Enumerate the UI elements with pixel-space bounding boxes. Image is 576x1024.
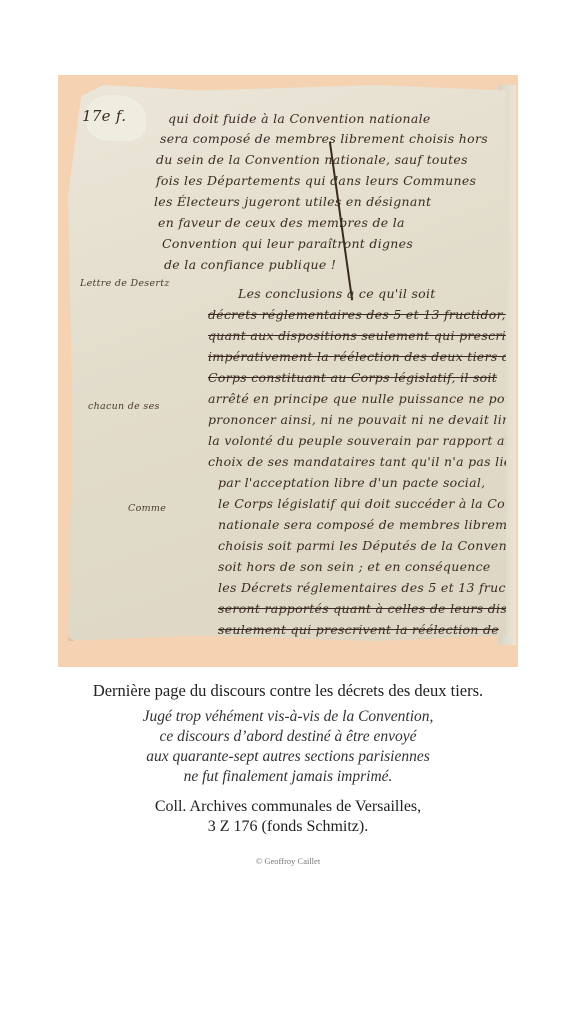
handwritten-line: prononcer ainsi, ni ne pouvait ni ne dev… xyxy=(208,412,518,427)
margin-note: Comme xyxy=(128,503,166,514)
handwritten-line: les Décrets réglementaires des 5 et 13 f… xyxy=(218,580,518,595)
handwritten-line: impérativement la réélection des deux ti… xyxy=(208,349,518,364)
handwritten-line: arrêté en principe que nulle puissance n… xyxy=(208,391,518,406)
handwritten-line: en faveur de ceux des membres de la xyxy=(158,215,405,230)
caption-title: Dernière page du discours contre les déc… xyxy=(0,681,576,701)
collection-line: 3 Z 176 (fonds Schmitz). xyxy=(0,817,576,837)
margin-note: Lettre de Desertz xyxy=(80,278,170,289)
handwritten-line: sera composé de membres librement choisi… xyxy=(160,131,488,146)
handwritten-line: choisis soit parmi les Députés de la Con… xyxy=(218,538,518,553)
page-number: 17e f. xyxy=(82,107,126,125)
handwritten-line: décrets réglementaires des 5 et 13 fruct… xyxy=(208,307,506,322)
manuscript-photo: 17e f. Lettre de Desertz chacun de ses C… xyxy=(58,75,518,667)
margin-note: chacun de ses xyxy=(88,401,160,412)
handwritten-line: le Corps législatif qui doit succéder à … xyxy=(218,496,518,511)
handwritten-line: quant aux dispositions seulement qui pre… xyxy=(208,328,518,343)
handwritten-line: fois les Départements qui dans leurs Com… xyxy=(156,173,476,188)
handwritten-line: soit hors de son sein ; et en conséquenc… xyxy=(218,559,491,574)
photo-credit: © Geoffroy Caillet xyxy=(0,856,576,866)
handwritten-line: seront rapportés quant à celles de leurs… xyxy=(218,601,518,616)
handwritten-line: choix de ses mandataires tant qu'il n'a … xyxy=(208,454,511,469)
handwritten-line: les Électeurs jugeront utiles en désigna… xyxy=(154,194,431,209)
handwritten-line: nationale sera composé de membres librem… xyxy=(218,517,518,532)
caption-line: aux quarante-sept autres sections parisi… xyxy=(0,747,576,767)
handwritten-line: de la confiance publique ! xyxy=(164,257,336,272)
manuscript-page: 17e f. Lettre de Desertz chacun de ses C… xyxy=(68,85,506,641)
handwritten-line: par l'acceptation libre d'un pacte socia… xyxy=(218,475,485,490)
handwritten-line: Corps constituant au Corps législatif, i… xyxy=(208,370,497,385)
caption-line: Jugé trop véhément vis-à-vis de la Conve… xyxy=(0,707,576,727)
handwritten-line: qui doit fuide à la Convention nationale xyxy=(168,111,431,126)
caption-line: ne fut finalement jamais imprimé. xyxy=(0,767,576,787)
handwritten-line: seulement qui prescrivent la réélection … xyxy=(218,622,499,637)
caption-line: ce discours d’abord destiné à être envoy… xyxy=(0,727,576,747)
caption-description: Jugé trop véhément vis-à-vis de la Conve… xyxy=(0,707,576,787)
handwritten-line: la volonté du peuple souverain par rappo… xyxy=(208,433,513,448)
handwritten-line: du sein de la Convention nationale, sauf… xyxy=(156,152,468,167)
handwritten-line: Les conclusions à ce qu'il soit xyxy=(238,286,436,301)
handwritten-line: Convention qui leur paraîtront dignes xyxy=(162,236,413,251)
caption-collection: Coll. Archives communales de Versailles,… xyxy=(0,797,576,837)
collection-line: Coll. Archives communales de Versailles, xyxy=(0,797,576,817)
